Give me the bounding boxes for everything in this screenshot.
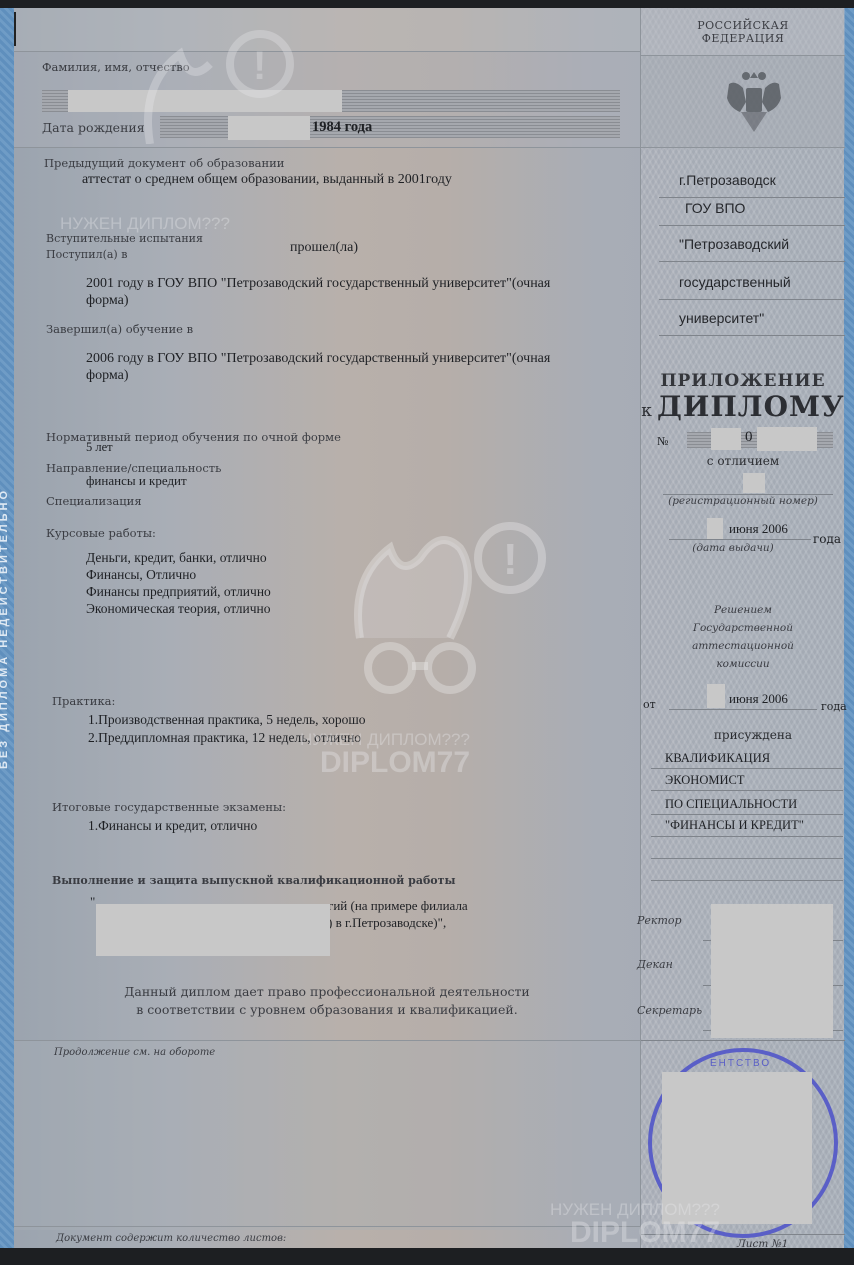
thesis-redaction <box>96 904 330 956</box>
entrance-value: прошел(ла) <box>290 240 358 256</box>
secretary-label: Секретарь <box>637 1004 702 1017</box>
top-band <box>14 8 640 52</box>
qualification-rule <box>651 814 843 815</box>
qualification-rule <box>651 790 843 791</box>
thesis-line-2: ) в г.Петрозаводске)", <box>328 915 446 931</box>
qualification-rule <box>651 836 843 837</box>
awarded: присуждена <box>651 728 854 742</box>
exams-label: Итоговые государственные экзамены: <box>52 800 286 814</box>
title-line-1: ПРИЛОЖЕНИЕ <box>641 371 845 391</box>
qualification-line: ЭКОНОМИСТ <box>665 773 744 788</box>
coursework-item: Деньги, кредит, банки, отлично <box>86 550 267 566</box>
qualification-rule <box>651 858 843 859</box>
qualification-rule <box>651 880 843 881</box>
enrolled-value-2: форма) <box>86 293 129 309</box>
direction-value: финансы и кредит <box>86 473 187 489</box>
specialization-label: Специализация <box>46 494 142 508</box>
decision-line: Государственной <box>641 622 845 634</box>
number-redaction-2 <box>757 427 817 451</box>
fio-redaction <box>68 90 342 112</box>
decision-day-redaction <box>707 684 725 708</box>
enrolled-value-1: 2001 году в ГОУ ВПО "Петрозаводский госу… <box>86 276 550 292</box>
country-line-2: ФЕДЕРАЦИЯ <box>641 32 845 45</box>
continuation-note: Продолжение см. на обороте <box>54 1047 215 1058</box>
honors: с отличием <box>641 454 845 468</box>
education-section: Предыдущий документ об образовании аттес… <box>14 148 640 1040</box>
university-line: государственный <box>659 264 845 300</box>
decision-date-line <box>669 709 817 710</box>
university-line: "Петрозаводский <box>659 226 845 262</box>
coursework-label: Курсовые работы: <box>46 526 156 540</box>
coursework-item: Экономическая теория, отлично <box>86 601 271 617</box>
thesis-quote-open: " <box>90 894 95 910</box>
seal-area-rule <box>641 1040 845 1041</box>
reg-number-redaction <box>743 473 765 493</box>
reg-number-caption: (регистрационный номер) <box>641 495 845 507</box>
rector-label: Ректор <box>637 914 682 927</box>
issue-date-caption: (дата выдачи) <box>631 542 835 554</box>
decision-year-suffix: года <box>821 700 847 713</box>
signatures-redaction <box>711 904 833 1038</box>
decision-line: комиссии <box>641 658 845 670</box>
diploma-supplement-page: БЕЗ ДИПЛОМА НЕДЕЙСТВИТЕЛЬНО Фамилия, имя… <box>0 8 854 1248</box>
prev-doc-value: аттестат о среднем общем образовании, вы… <box>82 172 452 188</box>
continuation-band: Продолжение см. на обороте <box>14 1040 640 1230</box>
exam-item: 1.Финансы и кредит, отлично <box>88 818 257 834</box>
birth-year: 1984 года <box>312 119 372 136</box>
thesis-line-1: гий (на примере филиала <box>328 898 468 914</box>
sheet-number: Лист №1 <box>737 1238 788 1250</box>
decision-date: июня 2006 <box>729 691 788 707</box>
main-column: Фамилия, имя, отчество Дата рождения 198… <box>14 8 640 1248</box>
qualification-line: КВАЛИФИКАЦИЯ <box>665 751 770 766</box>
practice-item: 2.Преддипломная практика, 12 недель, отл… <box>88 730 361 746</box>
country-header: РОССИЙСКАЯ ФЕДЕРАЦИЯ <box>641 8 845 56</box>
qualification-rule <box>651 768 843 769</box>
decision-line: Решением <box>641 604 845 616</box>
decision-from: от <box>643 698 656 711</box>
decision-line: аттестационной <box>641 640 845 652</box>
finished-value-2: форма) <box>86 368 129 384</box>
qualification-line: "ФИНАНСЫ И КРЕДИТ" <box>665 818 804 833</box>
top-margin-mark <box>14 12 16 46</box>
russian-coat-of-arms-icon <box>719 62 789 138</box>
personal-section: Фамилия, имя, отчество Дата рождения 198… <box>14 52 640 148</box>
left-security-strip: БЕЗ ДИПЛОМА НЕДЕЙСТВИТЕЛЬНО <box>0 8 14 1248</box>
issue-date: июня 2006 <box>729 521 788 537</box>
enrolled-label: Поступил(а) в <box>46 248 127 261</box>
title-k: к <box>641 401 652 421</box>
title-line-2: к ДИПЛОМУ <box>641 390 845 423</box>
number-visible: 0 <box>745 429 753 446</box>
sheets-label: Документ содержит количество листов: <box>56 1233 286 1244</box>
qualification-line: ПО СПЕЦИАЛЬНОСТИ <box>665 797 797 812</box>
entrance-label: Вступительные испытания <box>46 232 203 245</box>
practice-item: 1.Производственная практика, 5 недель, х… <box>88 712 366 728</box>
dean-label: Декан <box>637 958 673 971</box>
right-security-strip <box>844 8 854 1248</box>
rights-line-1: Данный диплом дает право профессионально… <box>14 984 640 999</box>
thesis-label: Выполнение и защита выпускной квалификац… <box>52 874 455 887</box>
issue-day-redaction <box>707 518 723 540</box>
university-line: университет" <box>659 300 845 336</box>
seal-redaction <box>662 1072 812 1224</box>
birth-label: Дата рождения <box>42 120 145 135</box>
coursework-item: Финансы, Отлично <box>86 567 196 583</box>
issue-date-line <box>669 539 811 540</box>
period-value: 5 лет <box>86 440 113 455</box>
title-diplomu: ДИПЛОМУ <box>657 390 845 423</box>
fio-label: Фамилия, имя, отчество <box>42 60 190 74</box>
number-redaction-1 <box>711 428 741 450</box>
coursework-item: Финансы предприятий, отлично <box>86 584 271 600</box>
birth-date-redaction <box>228 116 310 140</box>
sheets-band: Документ содержит количество листов: <box>14 1226 640 1248</box>
university-line: ГОУ ВПО <box>659 190 845 226</box>
country-line-1: РОССИЙСКАЯ <box>641 19 845 32</box>
rights-line-2: в соответствии с уровнем образования и к… <box>14 1002 640 1017</box>
number-sign: № <box>657 434 668 449</box>
prev-doc-label: Предыдущий документ об образовании <box>44 156 284 170</box>
seal-text: ЕНТСТВО <box>710 1058 771 1069</box>
finished-label: Завершил(а) обучение в <box>46 322 193 336</box>
finished-value-1: 2006 году в ГОУ ВПО "Петрозаводский госу… <box>86 351 550 367</box>
practice-label: Практика: <box>52 694 115 708</box>
